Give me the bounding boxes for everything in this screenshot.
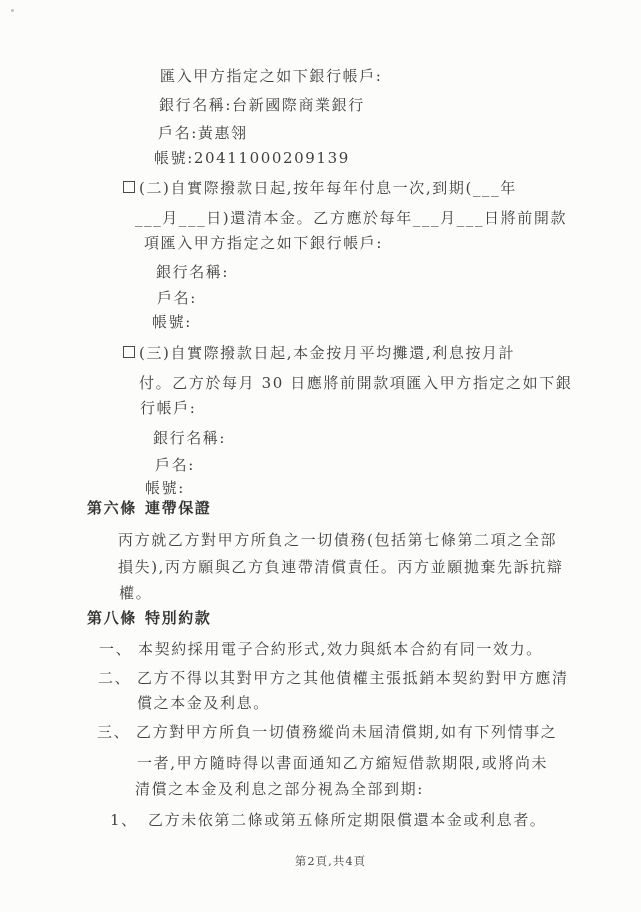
checkbox-unchecked-icon (123, 346, 135, 358)
account-holder-filled: 戶名:黃惠翎 (158, 123, 248, 143)
repayment-option-2-line-2: ___月___日)還清本金。乙方應於每年___月___日將前開款 (135, 208, 567, 228)
repayment-option-2-line-1: (二)自實際撥款日起,按年每年付息一次,到期(___年 (123, 178, 517, 198)
article-8-item-2-line-2: 償之本金及利息。 (137, 693, 270, 713)
wire-instruction-intro: 匯入甲方指定之如下銀行帳戶: (160, 66, 382, 86)
checkbox-unchecked-icon (123, 181, 135, 193)
repayment-option-3-line-1: (三)自實際撥款日起,本金按月平均攤還,利息按月計 (123, 343, 515, 363)
article-8-item-1: 一、本契約採用電子合約形式,效力與紙本合約有同一效力。 (99, 639, 543, 659)
account-number-filled: 帳號:20411000209139 (154, 148, 350, 168)
article-6-body-line-1: 丙方就乙方對甲方所負之一切債務(包括第七條第二項之全部 (118, 530, 557, 550)
article-8-item-3-line-1: 三、乙方對甲方所負一切債務縱尚未屆清償期,如有下列情事之 (97, 722, 557, 742)
article-6-body-line-2: 損失),丙方願與乙方負連帶清償責任。丙方並願拋棄先訴抗辯 (118, 557, 563, 577)
account-holder-blank-2: 戶名: (155, 455, 195, 475)
page-number-footer: 第2頁,共4頁 (0, 853, 641, 869)
article-6-heading: 第六條連帶保證 (87, 498, 211, 518)
article-8-item-3-sub-1: 1、乙方未依第二條或第五條所定期限償還本金或利息者。 (110, 810, 546, 830)
bank-name-blank-1: 銀行名稱: (156, 262, 229, 282)
account-number-blank-2: 帳號: (145, 478, 185, 498)
bank-name-blank-2: 銀行名稱: (153, 428, 226, 448)
scan-artifact-dot (11, 9, 14, 12)
repayment-option-2-line-3: 項匯入甲方指定之如下銀行帳戶: (144, 233, 383, 253)
repayment-option-3-line-3: 行帳戶: (140, 398, 196, 418)
scanned-contract-page: 匯入甲方指定之如下銀行帳戶: 銀行名稱:台新國際商業銀行 戶名:黃惠翎 帳號:2… (0, 0, 641, 912)
article-8-item-3-line-2: 一者,甲方隨時得以書面通知乙方縮短借款期限,或將尚未 (137, 753, 548, 773)
article-8-item-3-line-3: 清償之本金及利息之部分視為全部到期: (135, 779, 424, 799)
article-6-body-line-3: 權。 (119, 583, 152, 603)
repayment-option-3-line-2: 付。乙方於每月 30 日應將前開款項匯入甲方指定之如下銀 (139, 373, 572, 393)
account-number-blank-1: 帳號: (152, 312, 192, 332)
article-8-item-2-line-1: 二、乙方不得以其對甲方之其他債權主張抵銷本契約對甲方應清 (98, 668, 569, 688)
account-holder-blank-1: 戶名: (157, 288, 197, 308)
bank-name-filled: 銀行名稱:台新國際商業銀行 (159, 95, 365, 115)
article-8-heading: 第八條特別約款 (87, 608, 211, 628)
